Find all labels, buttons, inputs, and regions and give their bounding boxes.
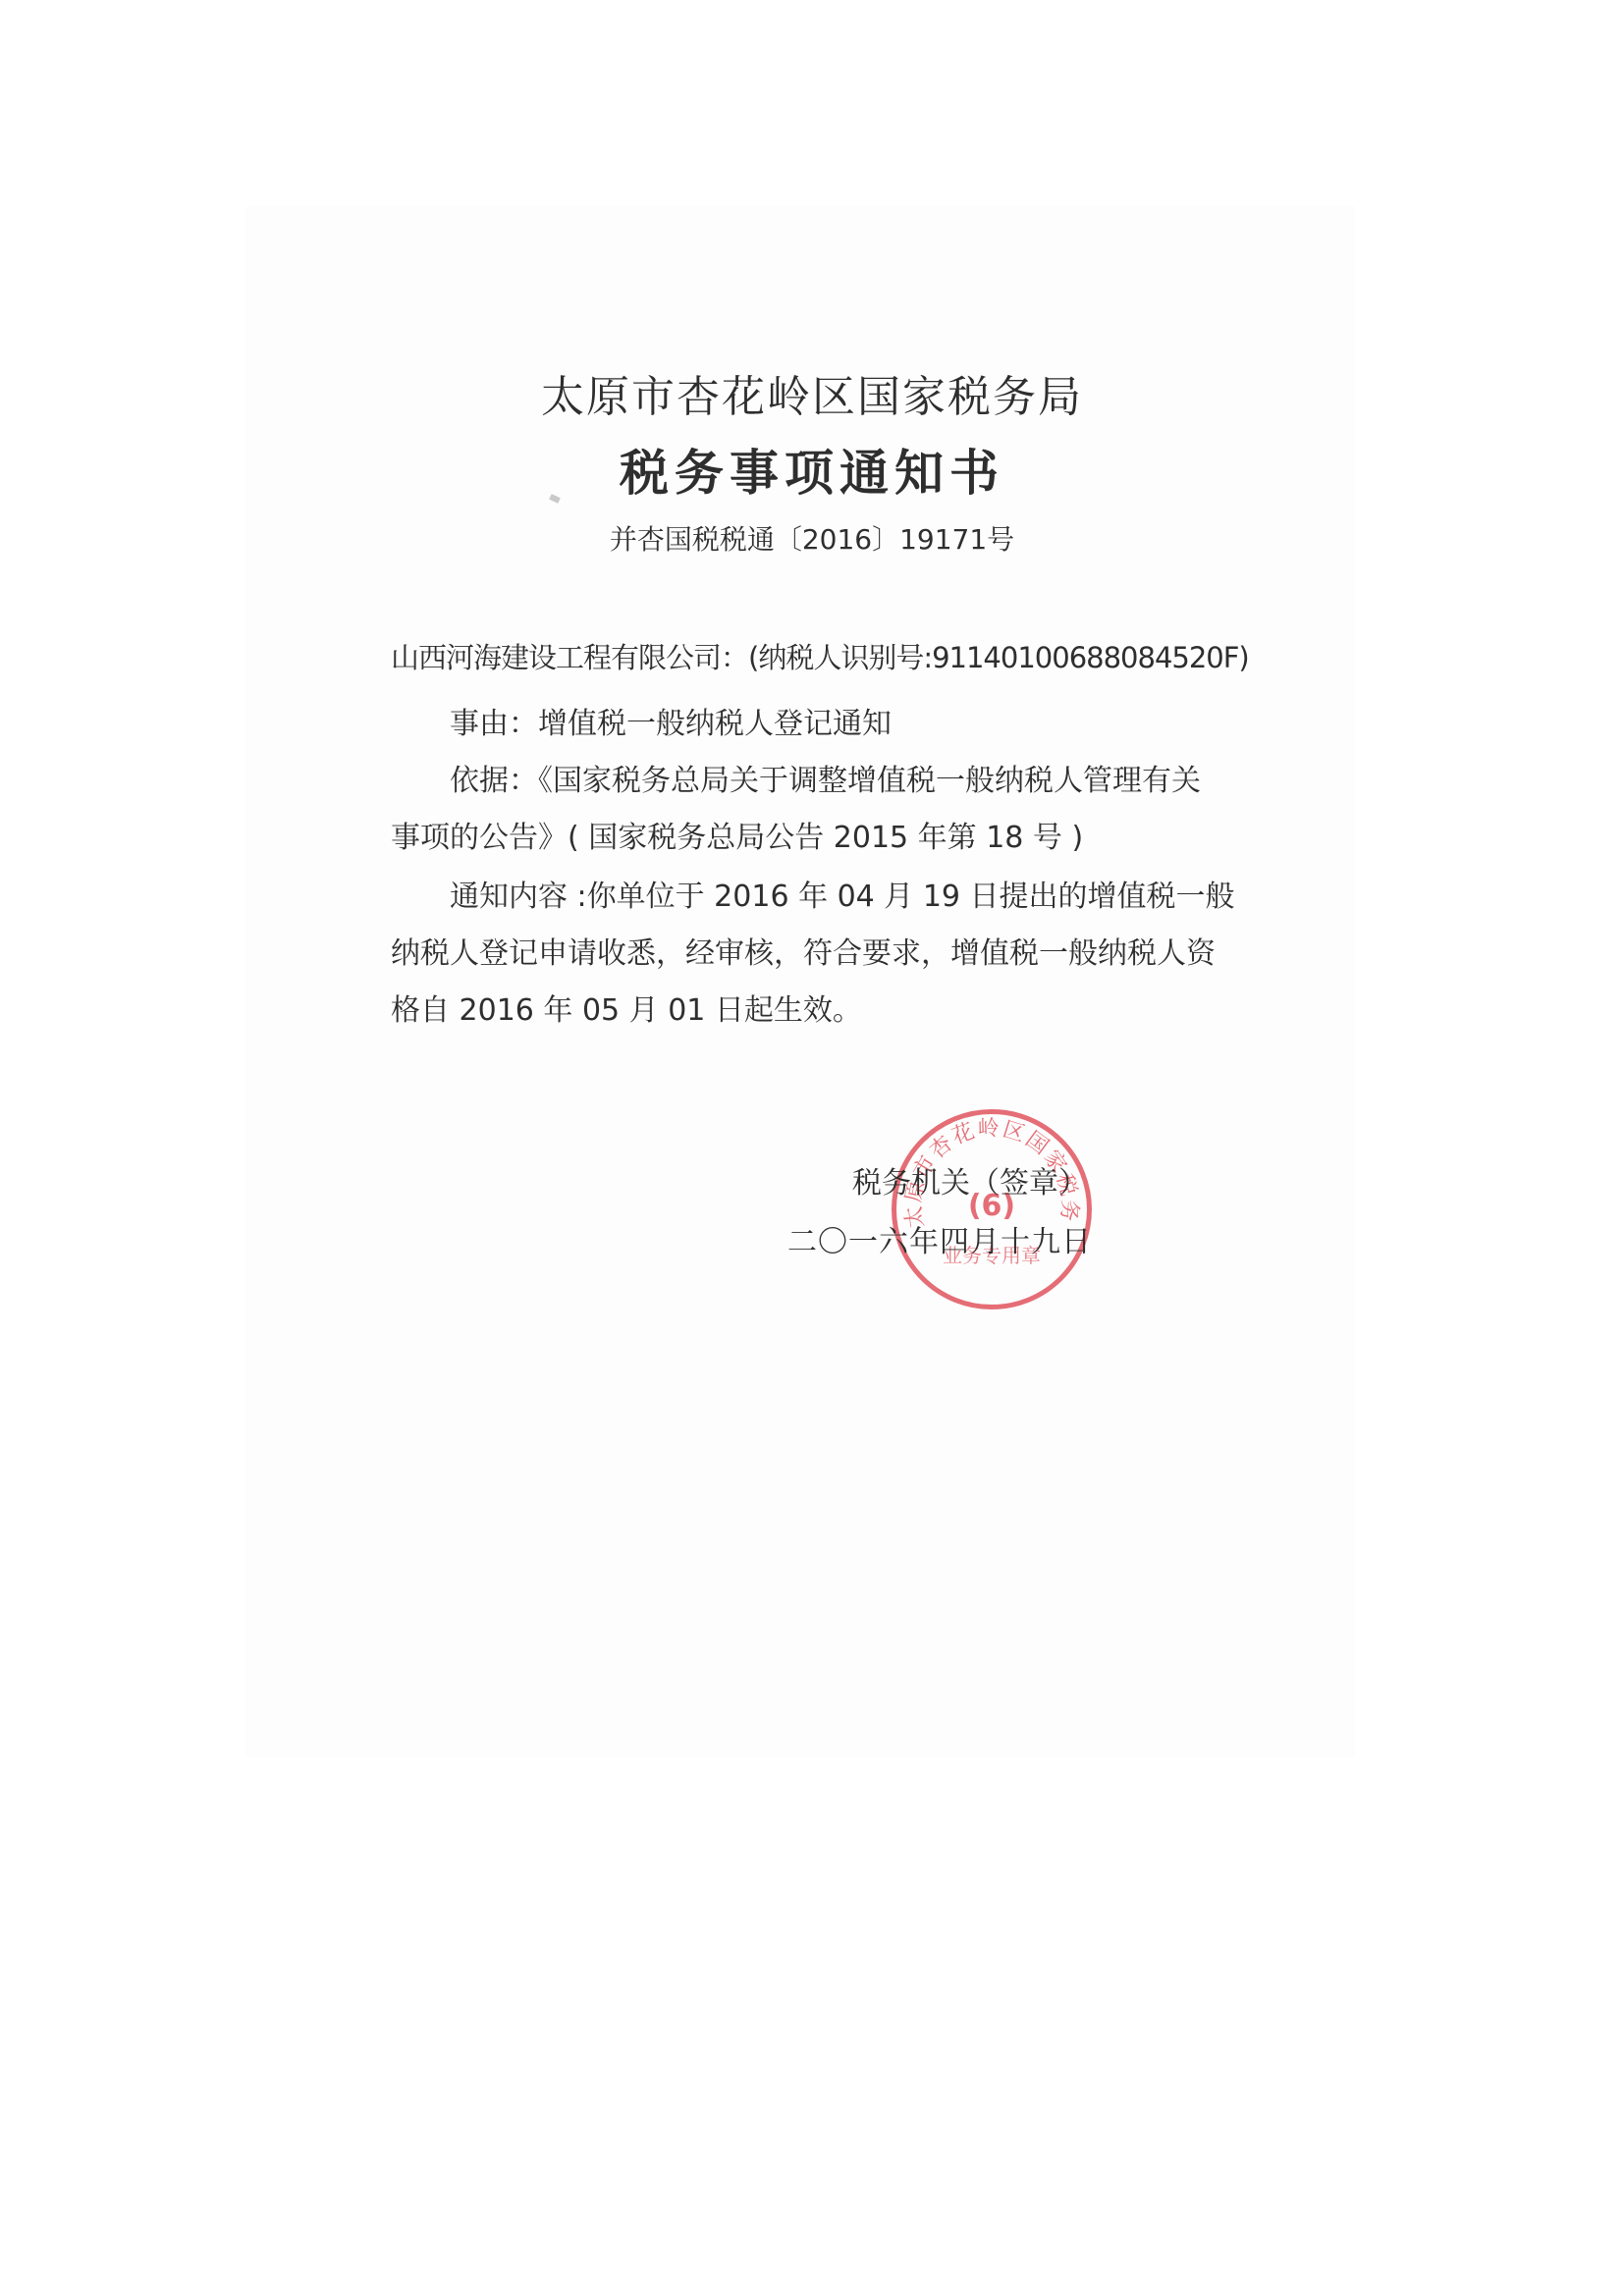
issuer-heading: 太原市杏花岭区国家税务局 xyxy=(0,361,1624,424)
recipient-line: 山西河海建设工程有限公司：(纳税人识别号:91140100688084520F) xyxy=(391,636,1249,676)
document-number: 并杏国税税通〔2016〕19171号 xyxy=(0,518,1624,558)
content-line-2: 纳税人登记申请收悉，经审核，符合要求，增值税一般纳税人资 xyxy=(391,929,1216,972)
official-seal: 太原市杏花岭区国家税务局 (6) 业务专用章 xyxy=(892,1109,1092,1309)
content-line-1: 通知内容 :你单位于 2016 年 04 月 19 日提出的增值税一般 xyxy=(450,872,1235,915)
basis-line-1: 依据：《国家税务总局关于调整增值税一般纳税人管理有关 xyxy=(450,756,1201,799)
subject-line: 事由：增值税一般纳税人登记通知 xyxy=(450,699,892,742)
signature-label: 税务机关（签章） xyxy=(852,1158,1088,1201)
signature-date: 二〇一六年四月十九日 xyxy=(787,1217,1092,1260)
basis-line-2: 事项的公告》( 国家税务总局公告 2015 年第 18 号 ) xyxy=(391,813,1083,856)
content-line-3: 格自 2016 年 05 月 01 日起生效。 xyxy=(391,986,862,1029)
document-title: 税务事项通知书 xyxy=(0,434,1624,505)
